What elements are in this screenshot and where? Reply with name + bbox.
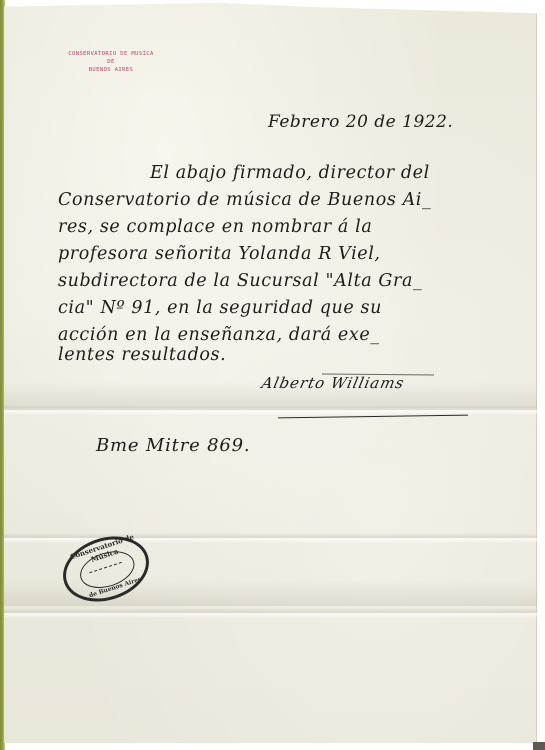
scan-right-edge [537, 0, 545, 750]
body-line-4: profesora señorita Yolanda R Viel, [58, 244, 381, 264]
signature: Alberto Williams [260, 374, 406, 392]
letterhead: CONSERVATORIO DE MUSICA DE BUENOS AIRES [52, 50, 170, 74]
fold-line-2 [4, 533, 537, 543]
scan-corner [533, 742, 545, 750]
letterhead-line-2: DE [52, 58, 170, 66]
address: Bme Mitre 869. [96, 435, 250, 456]
letterhead-line-1: CONSERVATORIO DE MUSICA [52, 50, 170, 58]
fold-line-3 [4, 608, 537, 618]
body-line-5: subdirectora de la Sucursal "Alta Gra_ [58, 271, 422, 291]
body-line-1: El abajo firmado, director del [150, 163, 430, 183]
scanned-letter: CONSERVATORIO DE MUSICA DE BUENOS AIRES … [0, 0, 545, 750]
body-line-8: lentes resultados. [58, 345, 226, 365]
letterhead-line-3: BUENOS AIRES [52, 66, 170, 74]
body-line-6: cia" Nº 91, en la seguridad que su [58, 298, 382, 318]
body-line-3: res, se complace en nombrar á la [58, 217, 372, 237]
body-line-2: Conservatorio de música de Buenos Ai_ [58, 190, 431, 210]
fold-line-1 [4, 405, 537, 415]
body-line-7: acción en la enseñanza, dará exe_ [58, 325, 380, 345]
letter-date: Febrero 20 de 1922. [268, 112, 453, 132]
